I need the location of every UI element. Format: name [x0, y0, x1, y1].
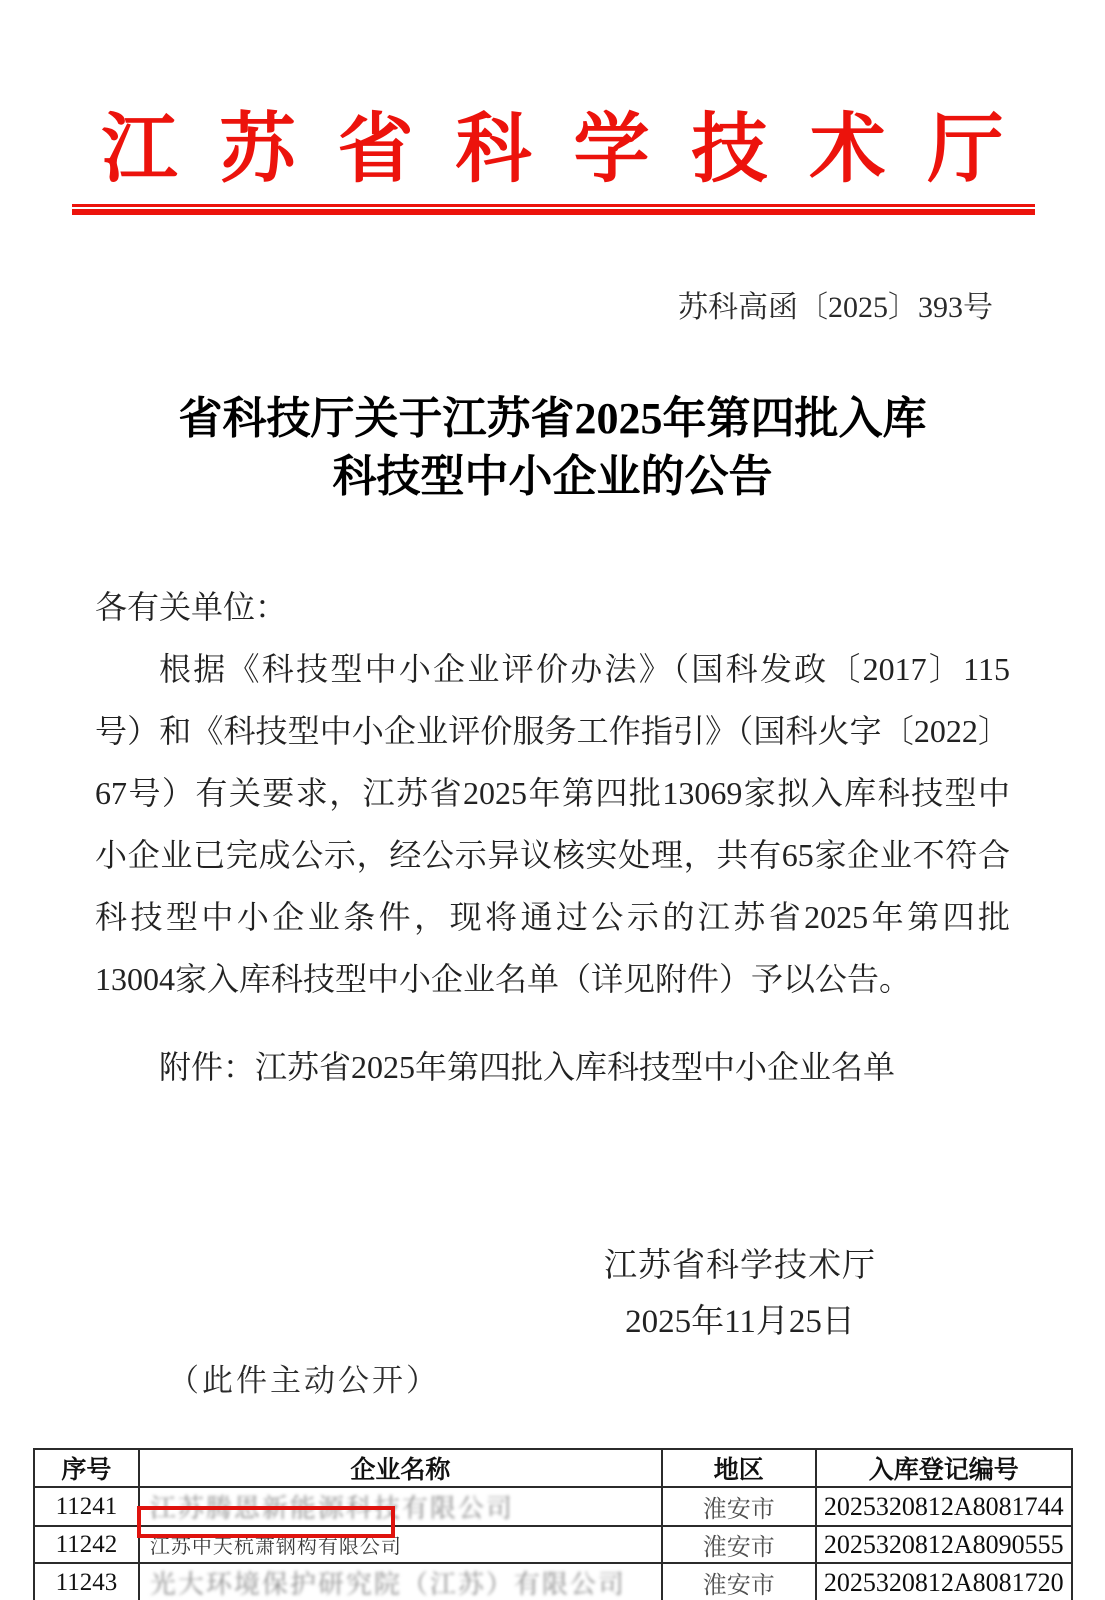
row-regno: 2025320812A8090555	[816, 1526, 1072, 1563]
document-title-line2: 科技型中小企业的公告	[0, 448, 1105, 506]
body-text: 各有关单位： 根据《科技型中小企业评价办法》（国科发政〔2017〕115 号）和…	[95, 576, 1010, 1010]
paragraph-line: 13004家入库科技型中小企业名单（详见附件）予以公告。	[95, 948, 1010, 1010]
table-header-row: 序号 企业名称 地区 入库登记编号	[34, 1449, 1072, 1487]
paragraph-line: 号）和《科技型中小企业评价服务工作指引》（国科火字〔2022〕	[95, 700, 1010, 762]
row-region: 淮安市	[662, 1487, 816, 1526]
row-region: 淮安市	[662, 1526, 816, 1563]
col-header-seq: 序号	[34, 1449, 139, 1487]
col-header-region: 地区	[662, 1449, 816, 1487]
row-company-highlighted: 江苏中天杭萧钢构有限公司	[139, 1526, 662, 1563]
signature-org: 江苏省科学技术厅	[440, 1248, 1040, 1284]
document-title-line1: 省科技厅关于江苏省2025年第四批入库	[0, 390, 1105, 448]
document-page: 江苏省科学技术厅 苏科高函〔2025〕393号 省科技厅关于江苏省2025年第四…	[0, 0, 1105, 1600]
company-table-wrap: 序号 企业名称 地区 入库登记编号 11241 江苏腾恩新能源科技有限公司 淮安…	[33, 1448, 1073, 1600]
salutation: 各有关单位：	[95, 576, 1010, 638]
signature-block: 江苏省科学技术厅 2025年11月25日	[440, 1248, 1040, 1340]
row-company-redacted: 光大环境保护研究院（江苏）有限公司	[139, 1563, 662, 1600]
row-region: 淮安市	[662, 1563, 816, 1600]
table-row: 11241 江苏腾恩新能源科技有限公司 淮安市 2025320812A80817…	[34, 1487, 1072, 1526]
col-header-regno: 入库登记编号	[816, 1449, 1072, 1487]
signature-date: 2025年11月25日	[440, 1304, 1040, 1340]
letterhead-divider	[72, 204, 1035, 215]
paragraph-line: 小企业已完成公示，经公示异议核实处理，共有65家企业不符合	[95, 824, 1010, 886]
attachment-note: 附件：江苏省2025年第四批入库科技型中小企业名单	[95, 1044, 1010, 1090]
row-company-redacted: 江苏腾恩新能源科技有限公司	[139, 1487, 662, 1526]
col-header-company: 企业名称	[139, 1449, 662, 1487]
paragraph-line: 67号）有关要求，江苏省2025年第四批13069家拟入库科技型中	[95, 762, 1010, 824]
row-seq: 11241	[34, 1487, 139, 1526]
letterhead-title: 江苏省科学技术厅	[0, 88, 1105, 197]
document-title: 省科技厅关于江苏省2025年第四批入库 科技型中小企业的公告	[0, 390, 1105, 506]
doc-number: 苏科高函〔2025〕393号	[0, 282, 993, 326]
row-regno: 2025320812A8081720	[816, 1563, 1072, 1600]
paragraph-line: 根据《科技型中小企业评价办法》（国科发政〔2017〕115	[95, 638, 1010, 700]
row-regno: 2025320812A8081744	[816, 1487, 1072, 1526]
row-seq: 11242	[34, 1526, 139, 1563]
table-row: 11242 江苏中天杭萧钢构有限公司 淮安市 2025320812A809055…	[34, 1526, 1072, 1563]
disclosure-note: （此件主动公开）	[168, 1355, 440, 1400]
company-table: 序号 企业名称 地区 入库登记编号 11241 江苏腾恩新能源科技有限公司 淮安…	[33, 1448, 1073, 1600]
row-seq: 11243	[34, 1563, 139, 1600]
paragraph-line: 科技型中小企业条件，现将通过公示的江苏省2025年第四批	[95, 886, 1010, 948]
table-row: 11243 光大环境保护研究院（江苏）有限公司 淮安市 2025320812A8…	[34, 1563, 1072, 1600]
